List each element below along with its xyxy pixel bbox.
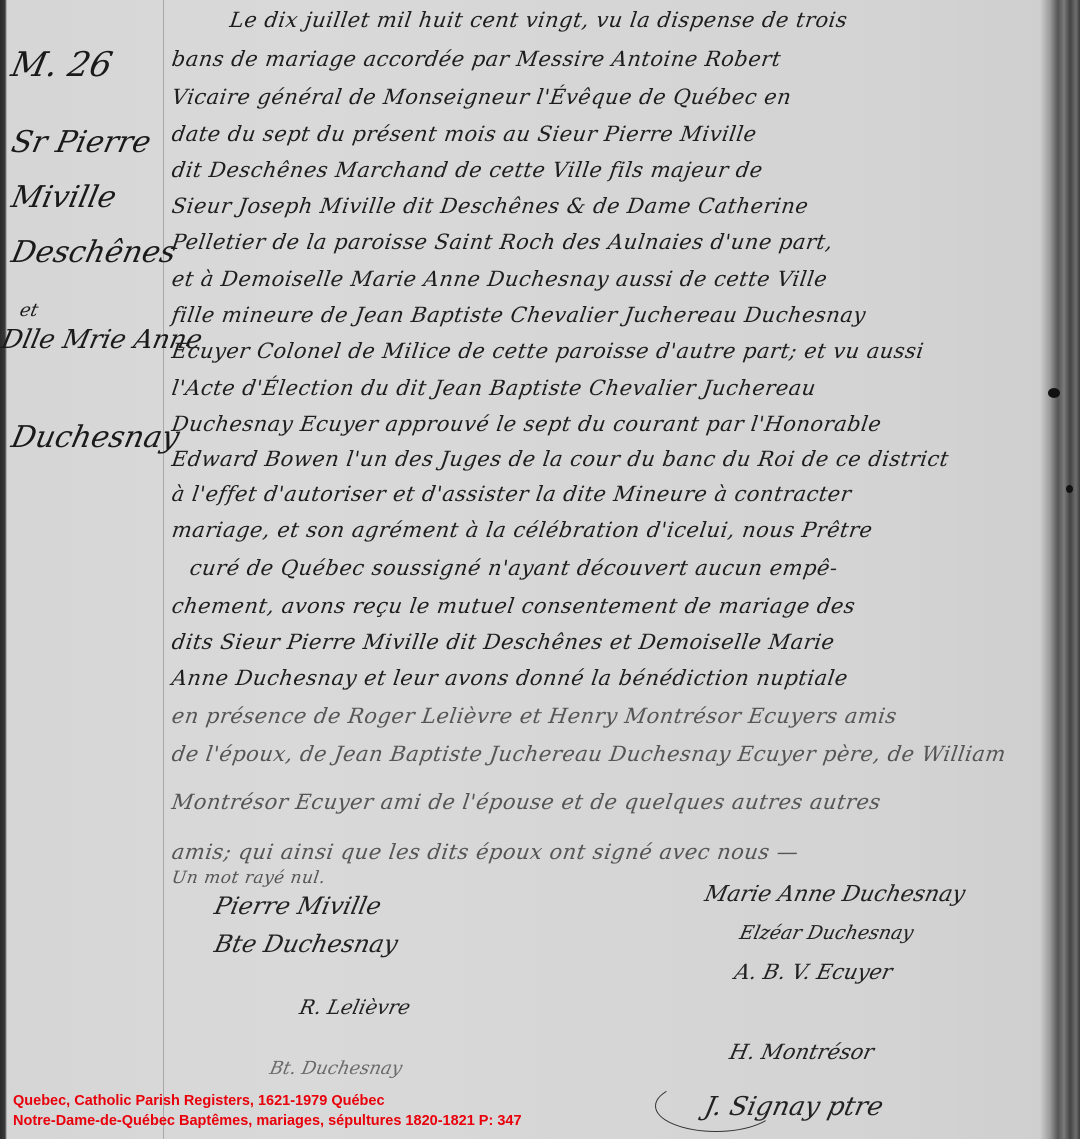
register-line: Pelletier de la paroisse Saint Roch des … [170,230,834,254]
register-line: dits Sieur Pierre Miville dit Deschênes … [170,630,836,654]
source-caption-line1: Quebec, Catholic Parish Registers, 1621-… [13,1092,385,1111]
register-line: amis; qui ainsi que les dits époux ont s… [170,840,800,864]
register-line: Sieur Joseph Miville dit Deschênes & de … [170,194,810,218]
register-line: date du sept du présent mois au Sieur Pi… [170,122,758,146]
register-line: et à Demoiselle Marie Anne Duchesnay aus… [170,267,829,291]
register-line: bans de mariage accordée par Messire Ant… [170,47,782,71]
register-line: Le dix juillet mil huit cent vingt, vu l… [228,8,849,32]
margin-rule [163,0,164,1139]
register-line: en présence de Roger Lelièvre et Henry M… [170,704,898,728]
register-line: curé de Québec soussigné n'ayant découve… [188,556,839,580]
register-line: l'Acte d'Élection du dit Jean Baptiste C… [170,376,817,400]
register-line: Anne Duchesnay et leur avons donné la bé… [170,666,849,690]
register-line: mariage, et son agrément à la célébratio… [170,518,874,542]
register-page-scan: M. 26 Sr Pierre Miville Deschênes et Dll… [0,0,1080,1139]
register-line: de l'époux, de Jean Baptiste Juchereau D… [170,742,1007,766]
signature-right: H. Montrésor [727,1040,876,1064]
register-line: dit Deschênes Marchand de cette Ville fi… [170,158,764,182]
source-caption-line2: Notre-Dame-de-Québec Baptêmes, mariages,… [13,1112,522,1131]
signature-right: Elzéar Duchesnay [738,922,916,944]
signature-flourish [655,1080,777,1132]
ink-blot [1066,485,1073,493]
margin-name-line: Sr Pierre [8,125,154,160]
signature-left: Bte Duchesnay [212,930,401,958]
signature-left: Bt. Duchesnay [268,1058,404,1079]
signature-bride: Marie Anne Duchesnay [702,882,967,907]
entry-number: M. 26 [8,45,116,85]
margin-name-line: Deschênes [8,235,179,270]
register-line: Edward Bowen l'un des Juges de la cour d… [170,447,950,471]
signature-right: A. B. V. Ecuyer [732,960,894,984]
signature-groom: Pierre Miville [212,892,384,920]
register-line: Ecuyer Colonel de Milice de cette parois… [170,339,925,363]
register-line: Montrésor Ecuyer ami de l'épouse et de q… [170,790,882,814]
register-line: Vicaire général de Monseigneur l'Évêque … [170,85,793,109]
register-line: fille mineure de Jean Baptiste Chevalier… [170,303,867,327]
register-line: Un mot rayé nul. [171,868,327,888]
signature-left: R. Lelièvre [297,995,412,1019]
register-line: à l'effet d'autoriser et d'assister la d… [170,482,853,506]
margin-name-line: et [18,300,40,321]
ink-blot [1048,388,1060,398]
margin-name-line: Duchesnay [8,420,182,455]
margin-name-line: Miville [8,180,119,215]
register-line: chement, avons reçu le mutuel consenteme… [170,594,857,618]
register-line: Duchesnay Ecuyer approuvé le sept du cou… [170,412,883,436]
